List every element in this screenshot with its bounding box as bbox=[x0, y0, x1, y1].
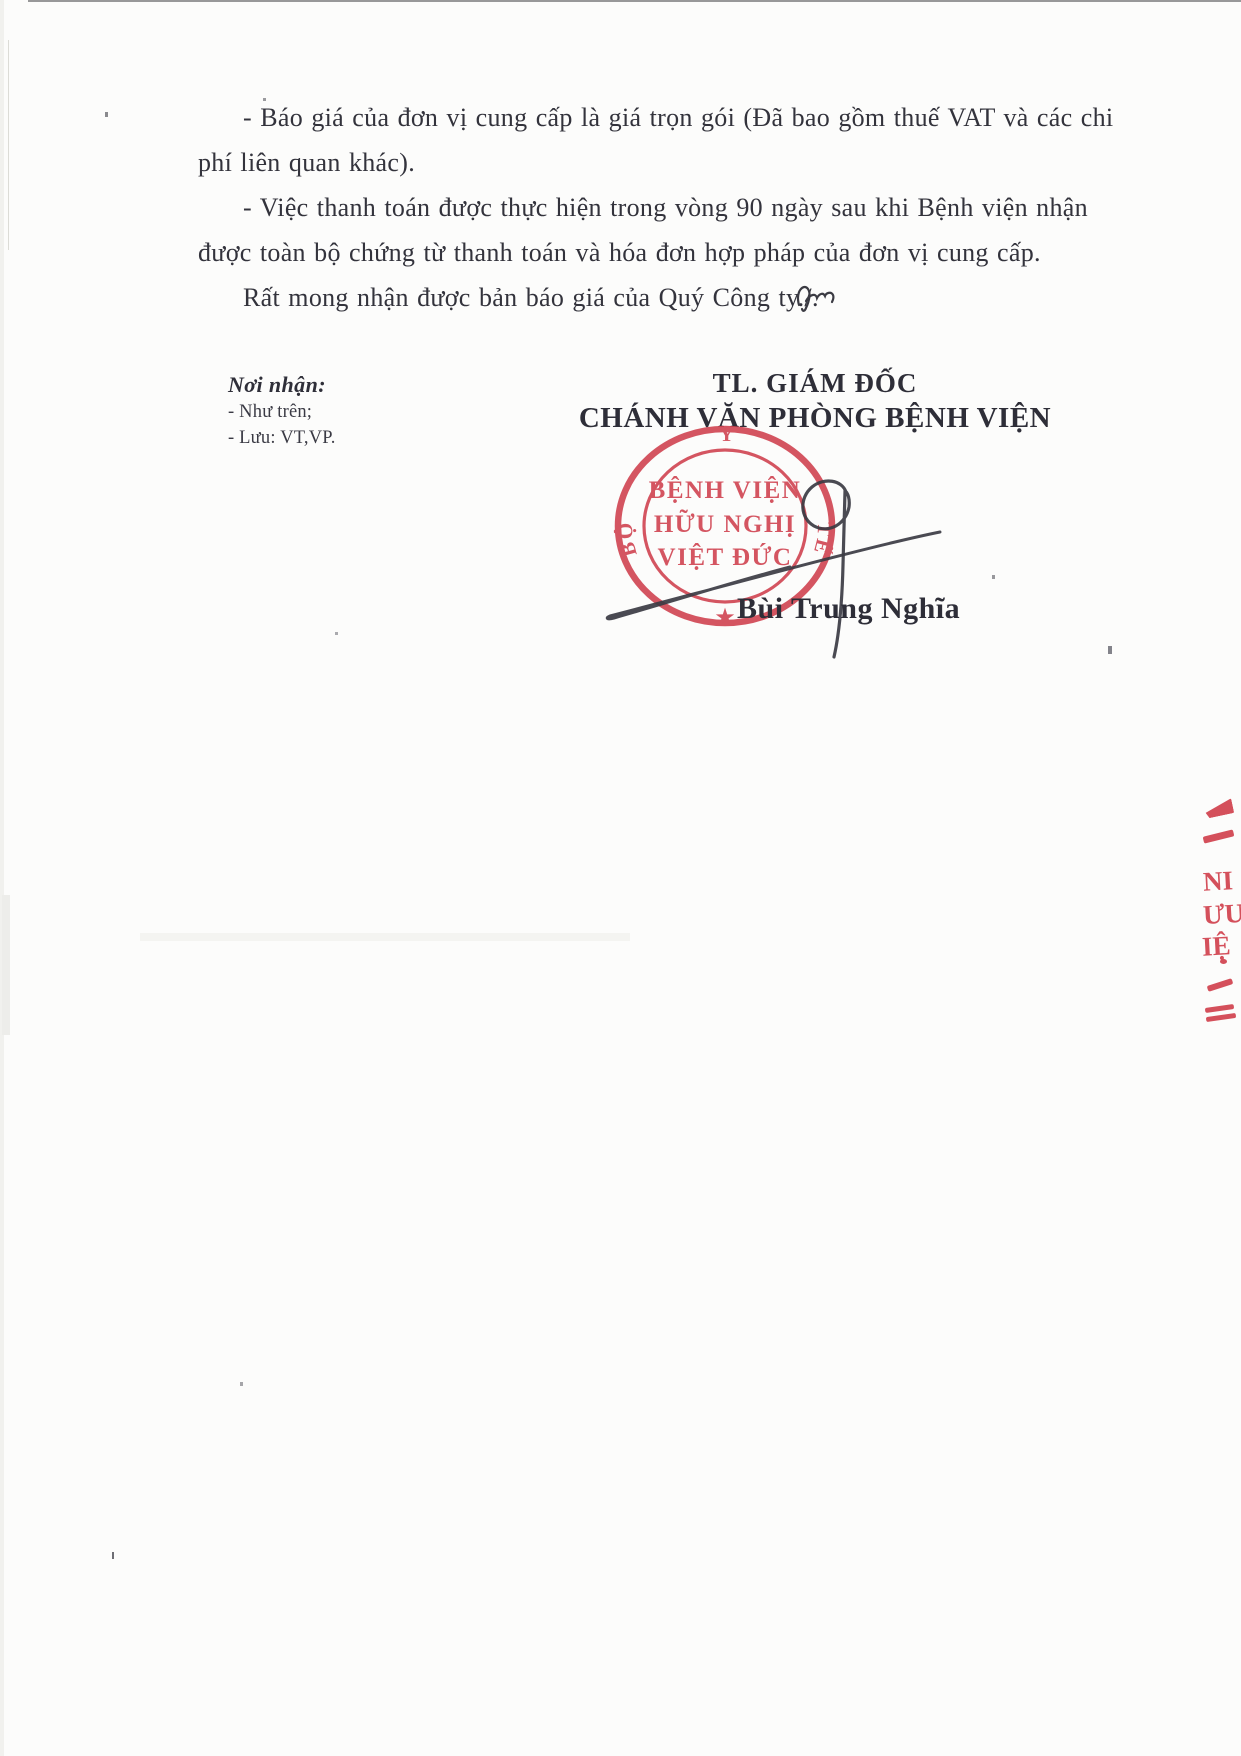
recipients-heading: Nơi nhận: bbox=[228, 372, 336, 398]
edge-stamp-fragment-letters: IỆ bbox=[1201, 932, 1231, 960]
body-line-5: Rất mong nhận được bản báo giá của Quý C… bbox=[243, 280, 819, 316]
edge-stamp-fragment-stroke bbox=[1203, 829, 1235, 843]
signer-name: Bùi Trung Nghĩa bbox=[737, 592, 960, 626]
edge-stamp-fragment-wedge bbox=[1204, 798, 1235, 818]
handwritten-initial-mark bbox=[792, 280, 840, 314]
svg-text:Y: Y bbox=[719, 422, 735, 446]
scan-speck bbox=[1108, 646, 1112, 654]
signature-strokes bbox=[550, 450, 970, 680]
body-line-4: được toàn bộ chứng từ thanh toán và hóa … bbox=[198, 235, 1041, 271]
edge-stamp-fragment-dash bbox=[1206, 1013, 1236, 1022]
edge-stamp-fragment-dot bbox=[1220, 959, 1227, 964]
scan-speck bbox=[105, 112, 108, 117]
scan-top-edge-line bbox=[28, 0, 1241, 2]
signer-title-line1: TL. GIÁM ĐỐC bbox=[565, 368, 1065, 399]
recipients-item: - Lưu: VT,VP. bbox=[228, 426, 336, 450]
scan-speck bbox=[335, 632, 338, 635]
edge-stamp-fragment-dash bbox=[1205, 1004, 1234, 1013]
body-line-2: phí liên quan khác). bbox=[198, 145, 415, 181]
scan-horizontal-band bbox=[140, 933, 630, 941]
scan-speck bbox=[112, 1552, 114, 1559]
edge-stamp-fragment-letters: ƯU bbox=[1202, 900, 1241, 929]
body-line-3: - Việc thanh toán được thực hiện trong v… bbox=[243, 190, 1088, 226]
scan-left-smudge bbox=[2, 895, 10, 1035]
recipients-block: Nơi nhận: - Như trên; - Lưu: VT,VP. bbox=[228, 372, 336, 450]
scan-left-vertical-line bbox=[8, 40, 9, 250]
scan-speck bbox=[992, 575, 995, 579]
scan-speck bbox=[240, 1382, 243, 1386]
stamp-ring-text-top: Y bbox=[719, 422, 735, 446]
edge-stamp-fragment-stroke bbox=[1207, 978, 1234, 992]
edge-stamp-fragment-letters: NI bbox=[1202, 867, 1233, 896]
scan-left-edge-strip bbox=[0, 0, 4, 1756]
scanned-letter-page: - Báo giá của đơn vị cung cấp là giá trọ… bbox=[0, 0, 1241, 1756]
recipients-item: - Như trên; bbox=[228, 400, 336, 424]
body-line-1: - Báo giá của đơn vị cung cấp là giá trọ… bbox=[243, 100, 1113, 136]
